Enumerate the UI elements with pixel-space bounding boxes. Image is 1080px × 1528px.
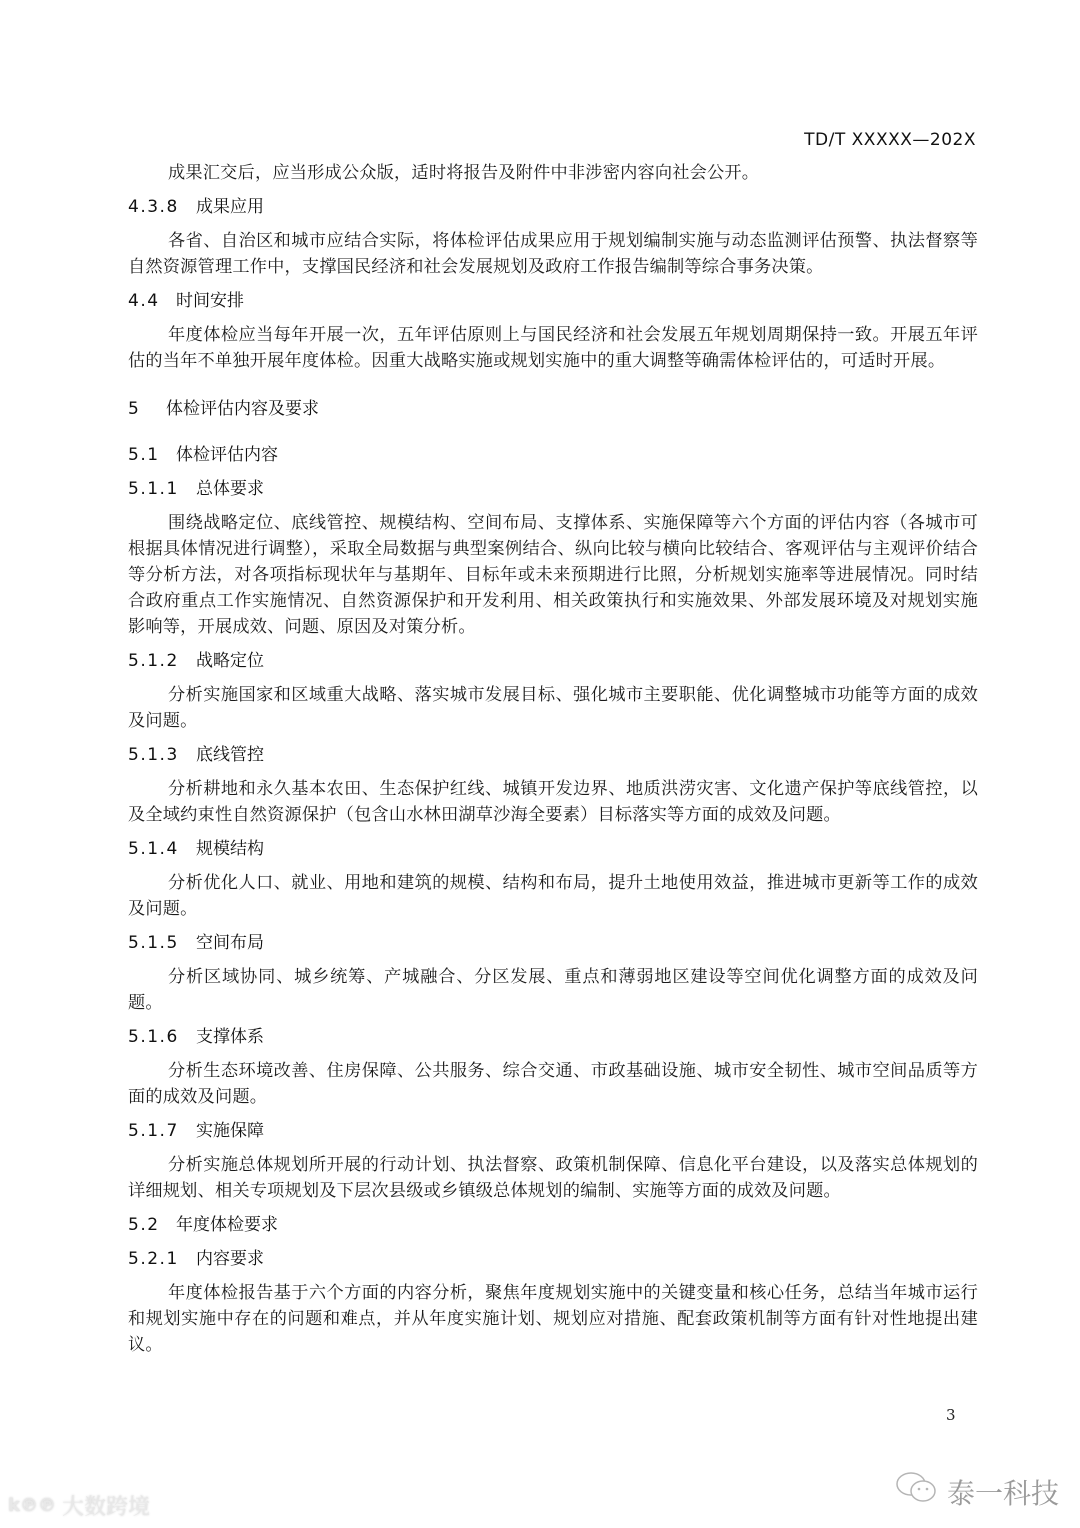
- section-heading-5-1-5: 5.1.5空间布局: [128, 930, 978, 956]
- section-heading-5-1-2: 5.1.2战略定位: [128, 648, 978, 674]
- paragraph: 各省、自治区和城市应结合实际，将体检评估成果应用于规划编制实施与动态监测评估预警…: [128, 228, 978, 280]
- section-title: 空间布局: [196, 933, 264, 953]
- section-heading-4-3-8: 4.3.8成果应用: [128, 194, 978, 220]
- paragraph: 分析实施总体规划所开展的行动计划、执法督察、政策机制保障、信息化平台建设，以及落…: [128, 1152, 978, 1204]
- section-number: 5.1.4: [128, 836, 196, 862]
- paragraph: 围绕战略定位、底线管控、规模结构、空间布局、支撑体系、实施保障等六个方面的评估内…: [128, 510, 978, 640]
- section-number: 5: [128, 396, 166, 422]
- section-heading-5-1-1: 5.1.1总体要求: [128, 476, 978, 502]
- section-title: 内容要求: [196, 1249, 264, 1269]
- section-title: 年度体检要求: [176, 1215, 278, 1235]
- section-number: 5.1.3: [128, 742, 196, 768]
- section-title: 战略定位: [196, 651, 264, 671]
- section-heading-5: 5体检评估内容及要求: [128, 396, 978, 422]
- section-title: 规模结构: [196, 839, 264, 859]
- section-number: 4.4: [128, 288, 176, 314]
- section-heading-5-1-6: 5.1.6支撑体系: [128, 1024, 978, 1050]
- paragraph: 分析区域协同、城乡统筹、产城融合、分区发展、重点和薄弱地区建设等空间优化调整方面…: [128, 964, 978, 1016]
- section-number: 5.1: [128, 442, 176, 468]
- watermark-right: 泰一科技: [895, 1470, 1059, 1513]
- watermark-left: k℗℗ 大数跨境: [8, 1490, 150, 1521]
- section-number: 5.1.7: [128, 1118, 196, 1144]
- section-heading-5-2-1: 5.2.1内容要求: [128, 1246, 978, 1272]
- section-title: 体检评估内容及要求: [166, 399, 319, 419]
- section-number: 5.1.6: [128, 1024, 196, 1050]
- document-body: 成果汇交后，应当形成公众版，适时将报告及附件中非涉密内容向社会公开。 4.3.8…: [128, 160, 978, 1366]
- wechat-icon: [895, 1470, 939, 1513]
- section-title: 时间安排: [176, 291, 244, 311]
- paragraph: 年度体检报告基于六个方面的内容分析，聚焦年度规划实施中的关键变量和核心任务，总结…: [128, 1280, 978, 1358]
- section-heading-5-1-7: 5.1.7实施保障: [128, 1118, 978, 1144]
- section-title: 支撑体系: [196, 1027, 264, 1047]
- section-heading-5-1-3: 5.1.3底线管控: [128, 742, 978, 768]
- paragraph: 分析优化人口、就业、用地和建筑的规模、结构和布局，提升土地使用效益，推进城市更新…: [128, 870, 978, 922]
- section-heading-4-4: 4.4时间安排: [128, 288, 978, 314]
- section-number: 4.3.8: [128, 194, 196, 220]
- page-number: 3: [946, 1406, 956, 1424]
- section-title: 底线管控: [196, 745, 264, 765]
- paragraph: 分析实施国家和区域重大战略、落实城市发展目标、强化城市主要职能、优化调整城市功能…: [128, 682, 978, 734]
- section-heading-5-1-4: 5.1.4规模结构: [128, 836, 978, 862]
- section-heading-5-2: 5.2年度体检要求: [128, 1212, 978, 1238]
- document-code: TD/T XXXXX—202X: [804, 130, 976, 150]
- paragraph: 成果汇交后，应当形成公众版，适时将报告及附件中非涉密内容向社会公开。: [128, 160, 978, 186]
- section-title: 成果应用: [196, 197, 264, 217]
- brand-logo-icon: k℗℗: [8, 1495, 56, 1516]
- paragraph: 年度体检应当每年开展一次，五年评估原则上与国民经济和社会发展五年规划周期保持一致…: [128, 322, 978, 374]
- paragraph: 分析耕地和永久基本农田、生态保护红线、城镇开发边界、地质洪涝灾害、文化遗产保护等…: [128, 776, 978, 828]
- section-number: 5.1.5: [128, 930, 196, 956]
- section-title: 体检评估内容: [176, 445, 278, 465]
- section-number: 5.2.1: [128, 1246, 196, 1272]
- section-heading-5-1: 5.1体检评估内容: [128, 442, 978, 468]
- section-number: 5.1.1: [128, 476, 196, 502]
- section-number: 5.1.2: [128, 648, 196, 674]
- watermark-right-text: 泰一科技: [947, 1472, 1059, 1512]
- section-title: 实施保障: [196, 1121, 264, 1141]
- section-number: 5.2: [128, 1212, 176, 1238]
- watermark-left-text: 大数跨境: [62, 1490, 150, 1521]
- paragraph: 分析生态环境改善、住房保障、公共服务、综合交通、市政基础设施、城市安全韧性、城市…: [128, 1058, 978, 1110]
- section-title: 总体要求: [196, 479, 264, 499]
